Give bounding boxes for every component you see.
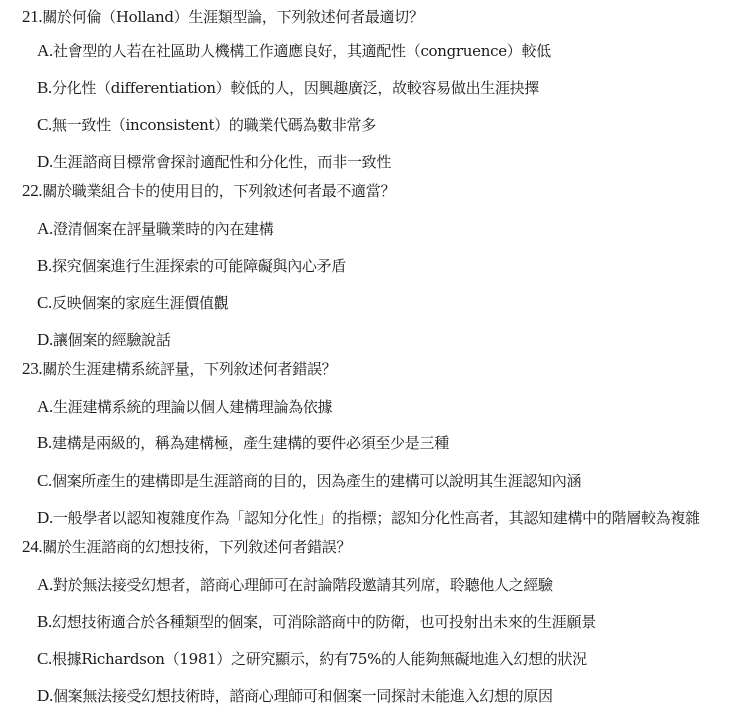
option-letter: D.	[37, 330, 53, 349]
question-number: 23.	[22, 359, 42, 378]
question-23-option-c: C.個案所產生的建構即是生涯諮商的目的，因為產生的建構可以說明其生涯認知內涵	[37, 471, 581, 491]
option-letter: C.	[37, 293, 52, 312]
option-text: 根據Richardson（1981）之研究顯示，約有75%的人能夠無礙地進入幻想…	[52, 650, 587, 668]
option-text: 建構是兩級的，稱為建構極，產生建構的要件必須至少是三種	[52, 434, 449, 452]
question-21-option-d: D.生涯諮商目標常會探討適配性和分化性，而非一致性	[37, 152, 391, 172]
question-22-option-a: A.澄清個案在評量職業時的內在建構	[37, 219, 273, 239]
question-21-option-a: A.社會型的人若在社區助人機構工作適應良好，其適配性（congruence）較低	[37, 41, 551, 61]
option-text: 幻想技術適合於各種類型的個案，可消除諮商中的防衛，也可投射出未來的生涯願景	[52, 613, 596, 631]
option-letter: B.	[37, 78, 52, 97]
option-letter: C.	[37, 471, 52, 490]
question-22-option-c: C.反映個案的家庭生涯價值觀	[37, 293, 228, 313]
option-text: 個案所產生的建構即是生涯諮商的目的，因為產生的建構可以說明其生涯認知內涵	[52, 472, 581, 490]
question-24-stem: 24.關於生涯諮商的幻想技術，下列敘述何者錯誤？	[22, 537, 351, 557]
question-text: 關於生涯諮商的幻想技術，下列敘述何者錯誤？	[42, 538, 351, 556]
option-text: 一般學者以認知複雜度作為「認知分化性」的指標；認知分化性高者，其認知建構中的階層…	[53, 509, 700, 527]
question-23-option-d: D.一般學者以認知複雜度作為「認知分化性」的指標；認知分化性高者，其認知建構中的…	[37, 508, 700, 528]
question-23-option-b: B.建構是兩級的，稱為建構極，產生建構的要件必須至少是三種	[37, 433, 449, 453]
question-number: 21.	[22, 7, 42, 26]
question-21-option-b: B.分化性（differentiation）較低的人，因興趣廣泛，故較容易做出生…	[37, 78, 539, 98]
option-letter: A.	[37, 41, 53, 60]
option-text: 分化性（differentiation）較低的人，因興趣廣泛，故較容易做出生涯抉…	[52, 79, 539, 97]
question-21-stem: 21.關於何倫（Holland）生涯類型論，下列敘述何者最適切？	[22, 7, 424, 27]
question-23-option-a: A.生涯建構系統的理論以個人建構理論為依據	[37, 397, 332, 417]
question-22-option-d: D.讓個案的經驗說話	[37, 330, 171, 350]
question-23-stem: 23.關於生涯建構系統評量，下列敘述何者錯誤？	[22, 359, 336, 379]
question-24-option-b: B.幻想技術適合於各種類型的個案，可消除諮商中的防衛，也可投射出未來的生涯願景	[37, 612, 596, 632]
question-21-option-c: C.無一致性（inconsistent）的職業代碼為數非常多	[37, 115, 376, 135]
question-text: 關於職業組合卡的使用目的，下列敘述何者最不適當？	[42, 182, 395, 200]
option-letter: A.	[37, 575, 53, 594]
question-number: 24.	[22, 537, 42, 556]
question-24-option-c: C.根據Richardson（1981）之研究顯示，約有75%的人能夠無礙地進入…	[37, 649, 587, 669]
option-letter: B.	[37, 612, 52, 631]
question-24-option-d: D.個案無法接受幻想技術時，諮商心理師可和個案一同探討未能進入幻想的原因	[37, 686, 553, 706]
option-text: 澄清個案在評量職業時的內在建構	[53, 220, 274, 238]
option-text: 對於無法接受幻想者，諮商心理師可在討論階段邀請其列席，聆聽他人之經驗	[53, 576, 553, 594]
option-text: 無一致性（inconsistent）的職業代碼為數非常多	[52, 116, 376, 134]
question-number: 22.	[22, 181, 42, 200]
option-text: 社會型的人若在社區助人機構工作適應良好，其適配性（congruence）較低	[53, 42, 551, 60]
option-text: 生涯諮商目標常會探討適配性和分化性，而非一致性	[53, 153, 391, 171]
option-letter: A.	[37, 397, 53, 416]
question-24-option-a: A.對於無法接受幻想者，諮商心理師可在討論階段邀請其列席，聆聽他人之經驗	[37, 575, 553, 595]
question-text: 關於何倫（Holland）生涯類型論，下列敘述何者最適切？	[42, 8, 423, 26]
option-letter: C.	[37, 649, 52, 668]
option-letter: B.	[37, 256, 52, 275]
question-text: 關於生涯建構系統評量，下列敘述何者錯誤？	[42, 360, 336, 378]
option-letter: B.	[37, 433, 52, 452]
option-letter: D.	[37, 152, 53, 171]
option-text: 讓個案的經驗說話	[53, 331, 171, 349]
option-letter: C.	[37, 115, 52, 134]
question-22-stem: 22.關於職業組合卡的使用目的，下列敘述何者最不適當？	[22, 181, 395, 201]
question-22-option-b: B.探究個案進行生涯探索的可能障礙與內心矛盾	[37, 256, 346, 276]
option-text: 個案無法接受幻想技術時，諮商心理師可和個案一同探討未能進入幻想的原因	[53, 687, 553, 705]
option-letter: D.	[37, 686, 53, 705]
option-letter: A.	[37, 219, 53, 238]
option-text: 探究個案進行生涯探索的可能障礙與內心矛盾	[52, 257, 346, 275]
option-text: 生涯建構系統的理論以個人建構理論為依據	[53, 398, 332, 416]
option-letter: D.	[37, 508, 53, 527]
option-text: 反映個案的家庭生涯價值觀	[52, 294, 228, 312]
